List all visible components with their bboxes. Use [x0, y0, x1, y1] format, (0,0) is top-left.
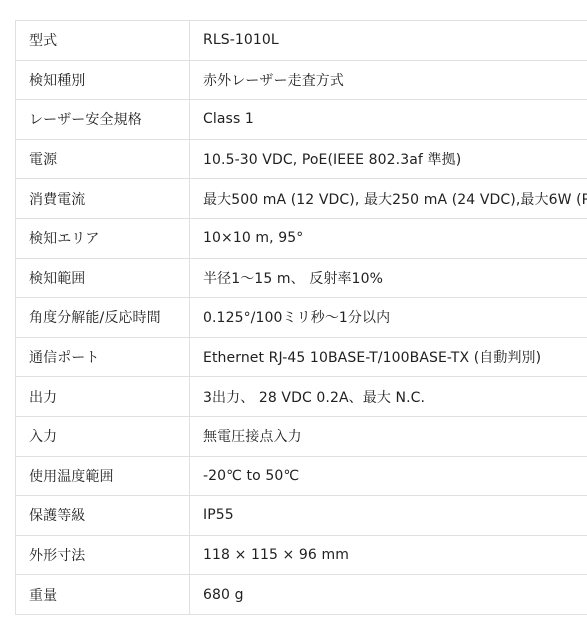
table-row: 検知種別 赤外レーザー走査方式	[16, 60, 587, 100]
table-row: 外形寸法 118 × 115 × 96 mm	[16, 535, 587, 575]
spec-label: 検知エリア	[16, 218, 190, 258]
spec-label: 型式	[16, 21, 190, 61]
spec-value: RLS-1010L	[190, 21, 587, 61]
table-row: 重量 680 g	[16, 575, 587, 615]
spec-label: 電源	[16, 139, 190, 179]
spec-table: 型式 RLS-1010L 検知種別 赤外レーザー走査方式 レーザー安全規格 Cl…	[15, 20, 587, 615]
spec-value: Ethernet RJ-45 10BASE-T/100BASE-TX (自動判別…	[190, 337, 587, 377]
table-row: 検知エリア 10×10 m, 95°	[16, 218, 587, 258]
spec-value: 0.125°/100ミリ秒〜1分以内	[190, 298, 587, 338]
table-row: 型式 RLS-1010L	[16, 21, 587, 61]
spec-value: 680 g	[190, 575, 587, 615]
spec-label: 出力	[16, 377, 190, 417]
table-row: 保護等級 IP55	[16, 496, 587, 536]
spec-label: 通信ポート	[16, 337, 190, 377]
spec-value: -20℃ to 50℃	[190, 456, 587, 496]
table-row: 通信ポート Ethernet RJ-45 10BASE-T/100BASE-TX…	[16, 337, 587, 377]
table-row: 出力 3出力、 28 VDC 0.2A、最大 N.C.	[16, 377, 587, 417]
spec-value: IP55	[190, 496, 587, 536]
spec-value: 無電圧接点入力	[190, 416, 587, 456]
spec-label: レーザー安全規格	[16, 100, 190, 140]
spec-value: Class 1	[190, 100, 587, 140]
spec-label: 使用温度範囲	[16, 456, 190, 496]
spec-page: 型式 RLS-1010L 検知種別 赤外レーザー走査方式 レーザー安全規格 Cl…	[0, 0, 587, 640]
table-row: 使用温度範囲 -20℃ to 50℃	[16, 456, 587, 496]
table-row: 入力 無電圧接点入力	[16, 416, 587, 456]
spec-label: 入力	[16, 416, 190, 456]
spec-label: 検知種別	[16, 60, 190, 100]
table-row: 消費電流 最大500 mA (12 VDC), 最大250 mA (24 VDC…	[16, 179, 587, 219]
spec-value: 10×10 m, 95°	[190, 218, 587, 258]
spec-value: 118 × 115 × 96 mm	[190, 535, 587, 575]
spec-value: 10.5-30 VDC, PoE(IEEE 802.3af 準拠)	[190, 139, 587, 179]
spec-value: 赤外レーザー走査方式	[190, 60, 587, 100]
spec-label: 重量	[16, 575, 190, 615]
spec-label: 角度分解能/反応時間	[16, 298, 190, 338]
spec-label: 外形寸法	[16, 535, 190, 575]
spec-label: 保護等級	[16, 496, 190, 536]
spec-value: 3出力、 28 VDC 0.2A、最大 N.C.	[190, 377, 587, 417]
table-row: レーザー安全規格 Class 1	[16, 100, 587, 140]
spec-label: 消費電流	[16, 179, 190, 219]
table-row: 電源 10.5-30 VDC, PoE(IEEE 802.3af 準拠)	[16, 139, 587, 179]
spec-value: 最大500 mA (12 VDC), 最大250 mA (24 VDC),最大6…	[190, 179, 587, 219]
spec-label: 検知範囲	[16, 258, 190, 298]
table-row: 角度分解能/反応時間 0.125°/100ミリ秒〜1分以内	[16, 298, 587, 338]
table-row: 検知範囲 半径1〜15 m、 反射率10%	[16, 258, 587, 298]
spec-value: 半径1〜15 m、 反射率10%	[190, 258, 587, 298]
